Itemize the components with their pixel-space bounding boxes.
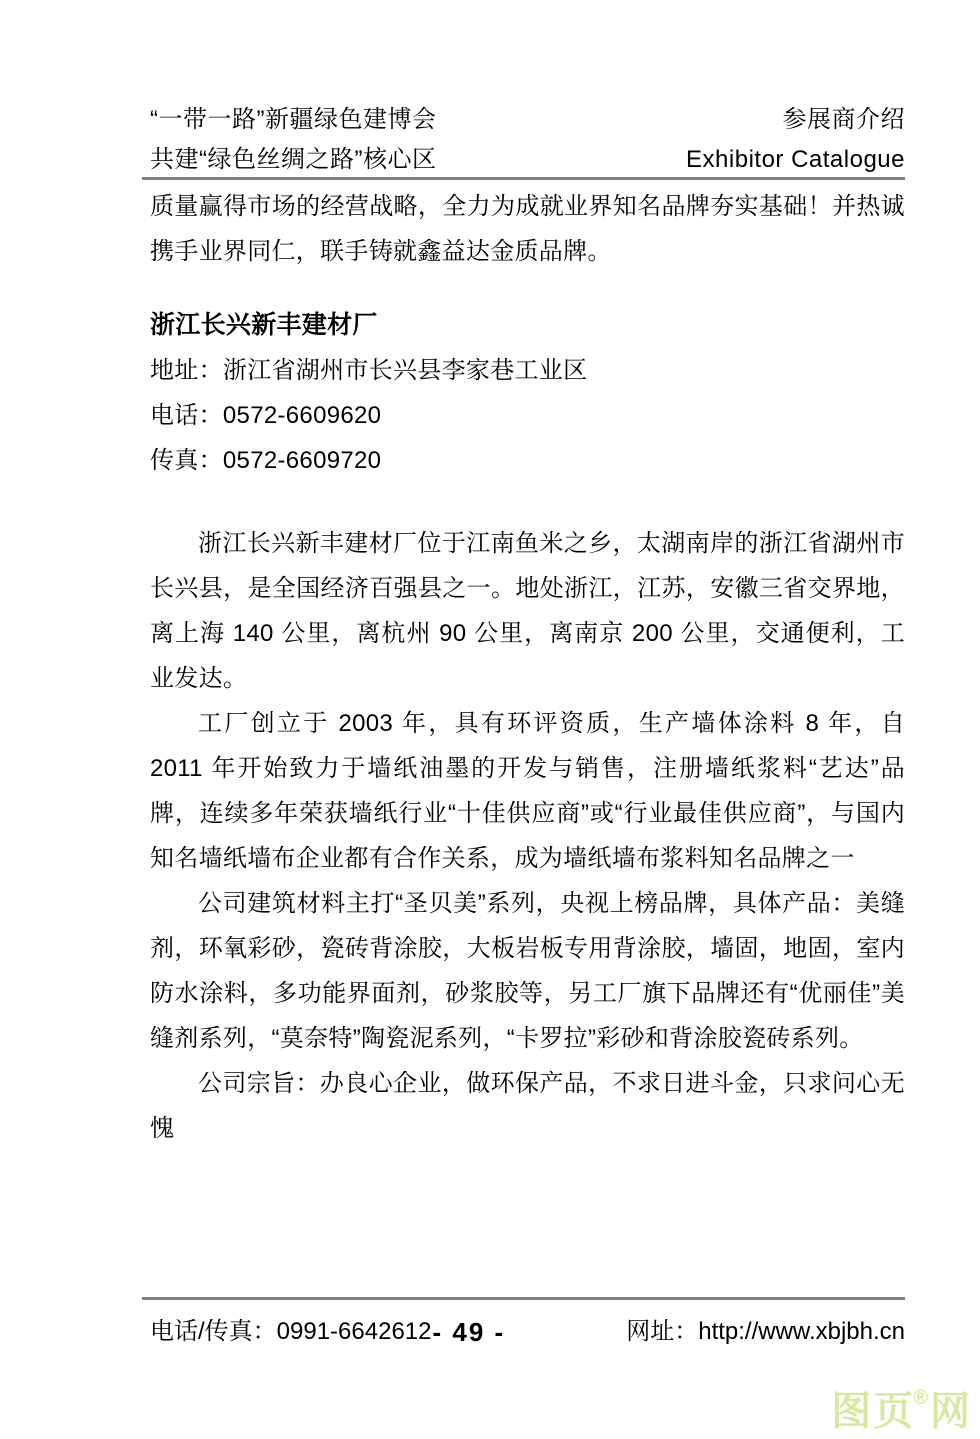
company-phone: 电话：0572-6609620 [150,393,905,438]
company-name: 浙江长兴新丰建材厂 [150,303,905,348]
expo-subtitle: 共建“绿色丝绸之路”核心区 [150,140,436,180]
tuyewang-watermark: 图页®网 [831,1382,972,1433]
footer-website: 网址：http://www.xbjbh.cn [626,1312,905,1352]
header-right: 参展商介绍 Exhibitor Catalogue [686,100,905,180]
section-title-cn: 参展商介绍 [686,100,905,140]
description-paragraph: 工厂创立于 2003 年，具有环评资质，生产墙体涂料 8 年，自 2011 年开… [150,701,905,881]
footer-phone-fax: 电话/传真：0991-6642612 [150,1312,431,1352]
page-footer: 电话/传真：0991-6642612 - 49 - 网址：http://www.… [150,1312,905,1352]
header-left: “一带一路”新疆绿色建博会 共建“绿色丝绸之路”核心区 [150,100,436,180]
description-paragraph: 公司宗旨：办良心企业，做环保产品，不求日进斗金，只求问心无愧 [150,1061,905,1151]
watermark-text-right: 网 [930,1389,972,1433]
watermark-text-left: 图页 [831,1389,915,1433]
footer-divider [142,1297,905,1300]
company-description: 浙江长兴新丰建材厂位于江南鱼米之乡，太湖南岸的浙江省湖州市长兴县，是全国经济百强… [150,521,905,1151]
description-paragraph: 公司建筑材料主打“圣贝美”系列，央视上榜品牌，具体产品：美缝剂，环氧彩砂，瓷砖背… [150,881,905,1061]
page-header: “一带一路”新疆绿色建博会 共建“绿色丝绸之路”核心区 参展商介绍 Exhibi… [150,100,905,180]
catalogue-page: “一带一路”新疆绿色建博会 共建“绿色丝绸之路”核心区 参展商介绍 Exhibi… [0,0,980,1439]
expo-title: “一带一路”新疆绿色建博会 [150,100,436,140]
section-title-en: Exhibitor Catalogue [686,140,905,180]
company-fax: 传真：0572-6609720 [150,438,905,483]
company-info-block: 浙江长兴新丰建材厂 地址：浙江省湖州市长兴县李家巷工业区 电话：0572-660… [150,303,905,483]
company-address: 地址：浙江省湖州市长兴县李家巷工业区 [150,348,905,393]
registered-trademark-icon: ® [913,1387,928,1409]
intro-continuation-paragraph: 质量赢得市场的经营战略，全力为成就业界知名品牌夯实基础！并热诚携手业界同仁，联手… [150,184,905,274]
header-divider [142,177,905,180]
description-paragraph: 浙江长兴新丰建材厂位于江南鱼米之乡，太湖南岸的浙江省湖州市长兴县，是全国经济百强… [150,521,905,701]
page-number: - 49 - [433,1312,506,1352]
